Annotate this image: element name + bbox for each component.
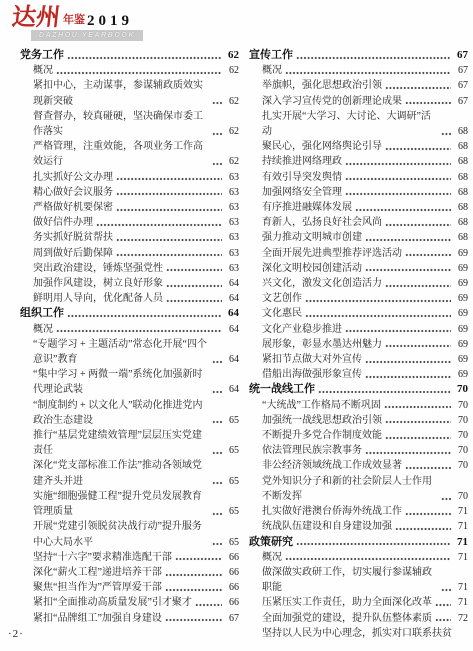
- toc-entry-title: “专题学习 + 主题活动”常态化开展“四个意识”教育: [33, 337, 209, 367]
- toc-entry-title: 做深做实政研工作，切实履行参谋辅政职能: [262, 565, 438, 595]
- dot-leader: [385, 79, 451, 94]
- toc-entry-title: 扎实做好港澳台侨海外统战工作: [262, 504, 402, 519]
- toc-entry-title: 紧扣“全面推动高质量发展”引才聚才: [33, 595, 192, 610]
- dot-leader: [305, 291, 451, 306]
- toc-entry-title: 统一战线工作: [249, 382, 315, 397]
- toc-entry-title: 非公经济领域统战工作成效显著: [262, 458, 402, 473]
- toc-entry-title: “制度制约 + 以文化人”联动化推进党内政治生态建设: [33, 398, 209, 428]
- toc-entry: 文艺创作69: [249, 291, 468, 306]
- toc-entry-page: 63: [225, 230, 239, 245]
- dot-leader: [345, 155, 451, 170]
- toc-entry: 扎实做好港澳台侨海外统战工作71: [249, 504, 468, 519]
- toc-entry-title: 加强作风建设，树立良好形象: [33, 276, 163, 291]
- toc-entry: 扎实开展“大学习、大讨论、大调研”活动68: [249, 109, 468, 139]
- dot-leader: [195, 596, 222, 611]
- dot-leader: [56, 63, 222, 78]
- toc-entry: “专题学习 + 主题活动”常态化开展“四个意识”教育64: [20, 337, 239, 367]
- toc-entry-page: 69: [454, 291, 468, 306]
- toc-entry: 概况62: [20, 63, 239, 78]
- toc-entry: “集中学习 + 两微一端”系统化加强新时代理论武装64: [20, 367, 239, 397]
- toc-entry-title: 加强统一战线思想政治引领: [262, 413, 382, 428]
- dot-leader: [395, 520, 451, 535]
- toc-entry-page: 72: [454, 611, 468, 626]
- dot-leader: [212, 155, 222, 170]
- toc-entry: 实施“细胞强健工程”提升党员发展教育管理质量65: [20, 489, 239, 519]
- toc-entry-page: 66: [225, 550, 239, 565]
- toc-entry-title: 紧扣中心，主动谋事，参谋辅政质效实现新突破: [33, 78, 209, 108]
- toc-entry: 概况71: [249, 550, 468, 565]
- toc-entry-title: 务实抓好脱贫帮扶: [33, 230, 113, 245]
- toc-entry-title: 概况: [33, 63, 53, 78]
- yearbook-toc-page: 达州 年鉴 2019 DAZHOU YEARBOOK 党务工作62概况62紧扣中…: [0, 0, 473, 651]
- dot-leader: [96, 215, 222, 230]
- toc-entry: 开展“党建引领脱贫决战行动”提升服务中心大局水平65: [20, 519, 239, 549]
- toc-entry-page: 65: [225, 535, 239, 550]
- toc-entry-page: 69: [454, 276, 468, 291]
- toc-entry: 举旗帜，强化思想政治引领67: [249, 78, 468, 93]
- dot-leader: [385, 413, 451, 428]
- toc-entry: 加强网络安全管理68: [249, 185, 468, 200]
- toc-entry-page: 67: [225, 611, 239, 626]
- toc-entry: 育新人，弘扬良好社会风尚68: [249, 215, 468, 230]
- toc-entry: 全面开展先进典型推荐评选活动69: [249, 246, 468, 261]
- toc-entry-title: 文化产业稳步推进: [262, 322, 342, 337]
- toc-entry-title: 举旗帜，强化思想政治引领: [262, 78, 382, 93]
- dot-leader: [435, 611, 451, 626]
- toc-entry-page: 68: [454, 185, 468, 200]
- toc-entry: 务实抓好脱贫帮扶63: [20, 230, 239, 245]
- dot-leader: [385, 337, 451, 352]
- folio-page-number: ·2·: [8, 628, 24, 640]
- toc-entry-title: 突出政治建设，锤炼坚强党性: [33, 261, 163, 276]
- toc-entry-page: 62: [225, 63, 239, 78]
- toc-entry-page: 63: [225, 215, 239, 230]
- toc-entry-page: 68: [454, 154, 468, 169]
- dot-leader: [212, 94, 222, 109]
- toc-entry-title: 有效引导突发舆情: [262, 170, 342, 185]
- toc-entry-page: 62: [225, 94, 239, 109]
- toc-entry: 文化惠民69: [249, 306, 468, 321]
- toc-entry: “大统战”工作格局不断巩固70: [249, 398, 468, 413]
- toc-entry-page: 63: [225, 185, 239, 200]
- toc-entry-title: 全面开展先进典型推荐评选活动: [262, 246, 402, 261]
- toc-entry-title: 育新人，弘扬良好社会风尚: [262, 215, 382, 230]
- toc-entry-title: 概况: [33, 322, 53, 337]
- dot-leader: [384, 398, 451, 413]
- toc-entry: 深化“党支部标准工作法”推动各领域党建齐头并进65: [20, 458, 239, 488]
- toc-entry-title: 概况: [262, 550, 282, 565]
- toc-entry: 坚持以人民为中心理念，抓实对口联系扶贫: [249, 626, 468, 641]
- toc-entry: 加强作风建设，树立良好形象64: [20, 276, 239, 291]
- toc-entry-page: 67: [454, 48, 468, 63]
- toc-entry-title: 深化“党支部标准工作法”推动各领域党建齐头并进: [33, 458, 209, 488]
- toc-entry-page: 68: [454, 200, 468, 215]
- toc-entry-title: 有序推进融媒体发展: [262, 200, 352, 215]
- dot-leader: [345, 185, 451, 200]
- toc-entry-title: 聚民心，强化网络舆论引导: [262, 139, 382, 154]
- logo-banner: DAZHOU YEARBOOK: [31, 30, 143, 41]
- toc-entry: 概况67: [249, 63, 468, 78]
- toc-entry-title: 政策研究: [249, 535, 293, 550]
- toc-entry: 鲜明用人导向，优化配备人员64: [20, 291, 239, 306]
- toc-entry-page: 66: [225, 580, 239, 595]
- toc-entry-title: 全面加强党的建设，提升队伍整体素质: [262, 611, 432, 626]
- toc-entry-title: 文艺创作: [262, 291, 302, 306]
- toc-entry-title: 紧扣节点做大对外宣传: [262, 352, 362, 367]
- toc-entry-page: 66: [225, 565, 239, 580]
- toc-entry-page: 62: [225, 124, 239, 139]
- toc-entry-title: 宣传工作: [249, 48, 293, 63]
- dot-leader: [405, 504, 451, 519]
- toc-entry-title: 推行“基层党建绩效管理”层层压实党建责任: [33, 428, 209, 458]
- toc-entry-title: 加强网络安全管理: [262, 185, 342, 200]
- toc-entry-title: 兴文化，激发文化创造活力: [262, 276, 382, 291]
- toc-entry-page: 70: [454, 458, 468, 473]
- toc-entry-page: 65: [225, 443, 239, 458]
- toc-entry: 不断提升多党合作制度效能70: [249, 428, 468, 443]
- toc-entry: 紧扣“品牌组工”加强自身建设67: [20, 611, 239, 626]
- dot-leader: [116, 170, 222, 185]
- toc-entry-title: 开展“党建引领脱贫决战行动”提升服务中心大局水平: [33, 519, 209, 549]
- logo-year: 2019: [87, 13, 133, 30]
- toc-entry-title: 鲜明用人导向，优化配备人员: [33, 291, 163, 306]
- toc-entry-title: 严格做好机要保密: [33, 200, 113, 215]
- toc-entry-page: 64: [225, 322, 239, 337]
- toc-entry: “制度制约 + 以文化人”联动化推进党内政治生态建设65: [20, 398, 239, 428]
- toc-entry-title: 文化惠民: [262, 306, 302, 321]
- toc-entry-title: 坚持以人民为中心理念，抓实对口联系扶贫: [262, 626, 452, 641]
- dot-leader: [441, 580, 451, 595]
- toc-entry-page: 69: [454, 246, 468, 261]
- toc-entry-title: 精心做好会议服务: [33, 185, 113, 200]
- toc-entry: 突出政治建设，锤炼坚强党性63: [20, 261, 239, 276]
- dot-leader: [435, 596, 451, 611]
- toc-entry: 扎实抓好公文办理63: [20, 170, 239, 185]
- dot-leader: [116, 200, 222, 215]
- dot-leader: [116, 246, 222, 261]
- toc-entry: 聚民心，强化网络舆论引导68: [249, 139, 468, 154]
- toc-entry-title: 深化“薪火工程”递进培养干部: [33, 565, 162, 580]
- dot-leader: [116, 185, 222, 200]
- toc-entry-page: 70: [454, 398, 468, 413]
- toc-entry: 压紧压实工作责任，助力全面深化改革71: [249, 595, 468, 610]
- dot-leader: [212, 443, 222, 458]
- toc-entry-page: 67: [454, 63, 468, 78]
- toc-entry-page: 70: [454, 382, 468, 397]
- toc-entry-title: 展形象，彰显水墨达州魅力: [262, 337, 382, 352]
- toc-entry-page: 71: [454, 580, 468, 595]
- toc-entry-title: “集中学习 + 两微一端”系统化加强新时代理论武装: [33, 367, 209, 397]
- toc-column-right: 宣传工作67概况67举旗帜，强化思想政治引领67深入学习宣传党的创新理论成果67…: [249, 48, 468, 641]
- logo-row: 达州 年鉴 2019: [12, 6, 202, 30]
- toc-entry: 非公经济领域统战工作成效显著70: [249, 458, 468, 473]
- toc-entry-page: 63: [225, 246, 239, 261]
- dot-leader: [385, 276, 451, 291]
- toc-entry-page: 64: [225, 382, 239, 397]
- toc-entry-page: 69: [454, 322, 468, 337]
- toc-entry-title: 党务工作: [20, 48, 64, 63]
- dot-leader: [285, 550, 451, 565]
- toc-entry-title: 压紧压实工作责任，助力全面深化改革: [262, 595, 432, 610]
- dot-leader: [365, 352, 451, 367]
- toc-entry-title: 坚持“十六字”要求精准选配干部: [33, 550, 172, 565]
- toc-entry: 兴文化，激发文化创造活力69: [249, 276, 468, 291]
- dot-leader: [441, 489, 451, 504]
- toc-entry-page: 62: [225, 154, 239, 169]
- toc-entry: 督查督办，较真碰硬，坚决确保市委工作落实62: [20, 109, 239, 139]
- toc-entry: 党外知识分子和新的社会阶层人士作用不断发挥70: [249, 474, 468, 504]
- toc-entry-page: 65: [225, 474, 239, 489]
- dot-leader: [116, 231, 222, 246]
- toc-entry-page: 65: [225, 413, 239, 428]
- dot-leader: [385, 215, 451, 230]
- toc-entry-title: 周到做好后勤保障: [33, 246, 113, 261]
- toc-entry-page: 68: [454, 170, 468, 185]
- dot-leader: [345, 170, 451, 185]
- dot-leader: [212, 352, 222, 367]
- toc-entry-page: 66: [225, 595, 239, 610]
- dot-leader: [345, 322, 451, 337]
- toc-entry-title: 借船出海做强形象宣传: [262, 367, 362, 382]
- dot-leader: [212, 474, 222, 489]
- toc-entry: 依法管理民族宗教事务70: [249, 443, 468, 458]
- toc-entry-title: 扎实开展“大学习、大讨论、大调研”活动: [262, 109, 438, 139]
- dot-leader: [405, 459, 451, 474]
- toc-entry-title: 督查督办，较真碰硬，坚决确保市委工作落实: [33, 109, 209, 139]
- dot-leader: [385, 139, 451, 154]
- toc-entry: 坚持“十六字”要求精准选配干部66: [20, 550, 239, 565]
- toc-entry: 紧扣节点做大对外宣传69: [249, 352, 468, 367]
- toc-entry: 做深做实政研工作，切实履行参谋辅政职能71: [249, 565, 468, 595]
- toc-entry: 推行“基层党建绩效管理”层层压实党建责任65: [20, 428, 239, 458]
- toc-entry-page: 68: [454, 230, 468, 245]
- toc-entry-title: “大统战”工作格局不断巩固: [262, 398, 381, 413]
- dot-leader: [365, 367, 451, 382]
- dot-leader: [212, 535, 222, 550]
- dot-leader: [365, 443, 451, 458]
- toc-entry: 强力推动文明城市创建68: [249, 230, 468, 245]
- dot-leader: [212, 504, 222, 519]
- toc-entry: 聚焦“担当作为”严管厚爱干部66: [20, 580, 239, 595]
- toc-entry-page: 64: [225, 291, 239, 306]
- toc-entry: 深化“薪火工程”递进培养干部66: [20, 565, 239, 580]
- toc-entry-title: 聚焦“担当作为”严管厚爱干部: [33, 580, 162, 595]
- toc-entry-title: 强力推动文明城市创建: [262, 230, 362, 245]
- toc-entry-title: 概况: [262, 63, 282, 78]
- toc-entry-page: 63: [225, 200, 239, 215]
- toc-entry: 紧扣中心，主动谋事，参谋辅政质效实现新突破62: [20, 78, 239, 108]
- toc-entry-page: 62: [225, 48, 239, 63]
- toc-entry: 深化文明校园创建活动69: [249, 261, 468, 276]
- dot-leader: [296, 535, 451, 550]
- toc-entry: 做好信件办理63: [20, 215, 239, 230]
- toc-entry-title: 做好信件办理: [33, 215, 93, 230]
- toc-section-heading: 组织工作64: [20, 306, 239, 321]
- toc-entry-title: 统战队伍建设和自身建设加强: [262, 519, 392, 534]
- toc-entry-page: 70: [454, 489, 468, 504]
- dot-leader: [166, 261, 222, 276]
- dot-leader: [405, 246, 451, 261]
- toc-entry-page: 64: [225, 276, 239, 291]
- dot-leader: [296, 48, 451, 63]
- dot-leader: [441, 124, 451, 139]
- toc-entry-page: 70: [454, 443, 468, 458]
- masthead: 达州 年鉴 2019 DAZHOU YEARBOOK: [12, 6, 202, 41]
- toc-entry-page: 71: [454, 550, 468, 565]
- dot-leader: [175, 550, 222, 565]
- toc-entry: 概况64: [20, 322, 239, 337]
- toc-entry-title: 严格管理，注重效能，各项业务工作高效运行: [33, 139, 209, 169]
- dot-leader: [405, 94, 451, 109]
- toc-section-heading: 宣传工作67: [249, 48, 468, 63]
- toc-entry-page: 67: [454, 94, 468, 109]
- toc-entry: 周到做好后勤保障63: [20, 246, 239, 261]
- toc-entry-page: 64: [225, 352, 239, 367]
- toc-entry-page: 65: [225, 504, 239, 519]
- toc-section-heading: 政策研究71: [249, 535, 468, 550]
- toc-entry-page: 69: [454, 337, 468, 352]
- toc-entry-title: 依法管理民族宗教事务: [262, 443, 362, 458]
- toc-entry-page: 69: [454, 306, 468, 321]
- dot-leader: [355, 200, 451, 215]
- logo-en-text: DAZHOU YEARBOOK: [39, 32, 135, 39]
- dot-leader: [212, 124, 222, 139]
- toc-entry: 有效引导突发舆情68: [249, 170, 468, 185]
- dot-leader: [212, 383, 222, 398]
- toc-entry-title: 深化文明校园创建活动: [262, 261, 362, 276]
- toc-entry-page: 70: [454, 428, 468, 443]
- toc-section-heading: 党务工作62: [20, 48, 239, 63]
- toc-entry: 紧扣“全面推动高质量发展”引才聚才66: [20, 595, 239, 610]
- toc-entry-title: 深入学习宣传党的创新理论成果: [262, 94, 402, 109]
- toc-entry: 深入学习宣传党的创新理论成果67: [249, 94, 468, 109]
- toc-entry-page: 64: [225, 306, 239, 321]
- toc-entry: 持续推进网络理政68: [249, 154, 468, 169]
- toc-entry-title: 扎实抓好公文办理: [33, 170, 113, 185]
- toc-entry-page: 71: [454, 519, 468, 534]
- toc-entry-title: 组织工作: [20, 306, 64, 321]
- dot-leader: [165, 565, 222, 580]
- toc-entry-page: 71: [454, 504, 468, 519]
- dot-leader: [365, 231, 451, 246]
- dot-leader: [165, 580, 222, 595]
- toc-entry: 有序推进融媒体发展68: [249, 200, 468, 215]
- dot-leader: [166, 291, 222, 306]
- toc-entry: 文化产业稳步推进69: [249, 322, 468, 337]
- toc-entry-page: 71: [454, 595, 468, 610]
- toc-entry: 精心做好会议服务63: [20, 185, 239, 200]
- toc-entry: 严格做好机要保密63: [20, 200, 239, 215]
- toc-entry-page: 68: [454, 124, 468, 139]
- toc-entry: 统战队伍建设和自身建设加强71: [249, 519, 468, 534]
- dot-leader: [165, 611, 222, 626]
- dot-leader: [67, 307, 222, 322]
- dot-leader: [56, 322, 222, 337]
- toc-entry-page: 68: [454, 139, 468, 154]
- toc-entry-title: 持续推进网络理政: [262, 154, 342, 169]
- dot-leader: [166, 276, 222, 291]
- dot-leader: [67, 48, 222, 63]
- toc-entry-page: 71: [454, 535, 468, 550]
- dot-leader: [305, 307, 451, 322]
- logo-cn-small: 年鉴: [63, 11, 85, 27]
- toc-entry: 加强统一战线思想政治引领70: [249, 413, 468, 428]
- toc-entry-title: 紧扣“品牌组工”加强自身建设: [33, 611, 162, 626]
- dot-leader: [212, 413, 222, 428]
- dot-leader: [318, 383, 451, 398]
- toc-entry-page: 70: [454, 413, 468, 428]
- toc-entry-page: 63: [225, 261, 239, 276]
- logo-cn-large: 达州: [11, 6, 62, 30]
- toc-entry-title: 党外知识分子和新的社会阶层人士作用不断发挥: [262, 474, 438, 504]
- dot-leader: [365, 261, 451, 276]
- toc-entry-page: 69: [454, 352, 468, 367]
- toc-entry: 全面加强党的建设，提升队伍整体素质72: [249, 611, 468, 626]
- toc-column-left: 党务工作62概况62紧扣中心，主动谋事，参谋辅政质效实现新突破62督查督办，较真…: [20, 48, 239, 626]
- dot-leader: [285, 63, 451, 78]
- toc-entry-title: 不断提升多党合作制度效能: [262, 428, 382, 443]
- dot-leader: [385, 428, 451, 443]
- toc-entry-page: 67: [454, 78, 468, 93]
- toc-entry-page: 69: [454, 367, 468, 382]
- toc-entry-title: 实施“细胞强健工程”提升党员发展教育管理质量: [33, 489, 209, 519]
- toc-entry: 严格管理，注重效能，各项业务工作高效运行62: [20, 139, 239, 169]
- toc-entry: 展形象，彰显水墨达州魅力69: [249, 337, 468, 352]
- toc-entry-page: 63: [225, 170, 239, 185]
- toc-entry: 借船出海做强形象宣传69: [249, 367, 468, 382]
- toc-entry-page: 69: [454, 261, 468, 276]
- toc-entry-page: 68: [454, 215, 468, 230]
- toc-section-heading: 统一战线工作70: [249, 382, 468, 397]
